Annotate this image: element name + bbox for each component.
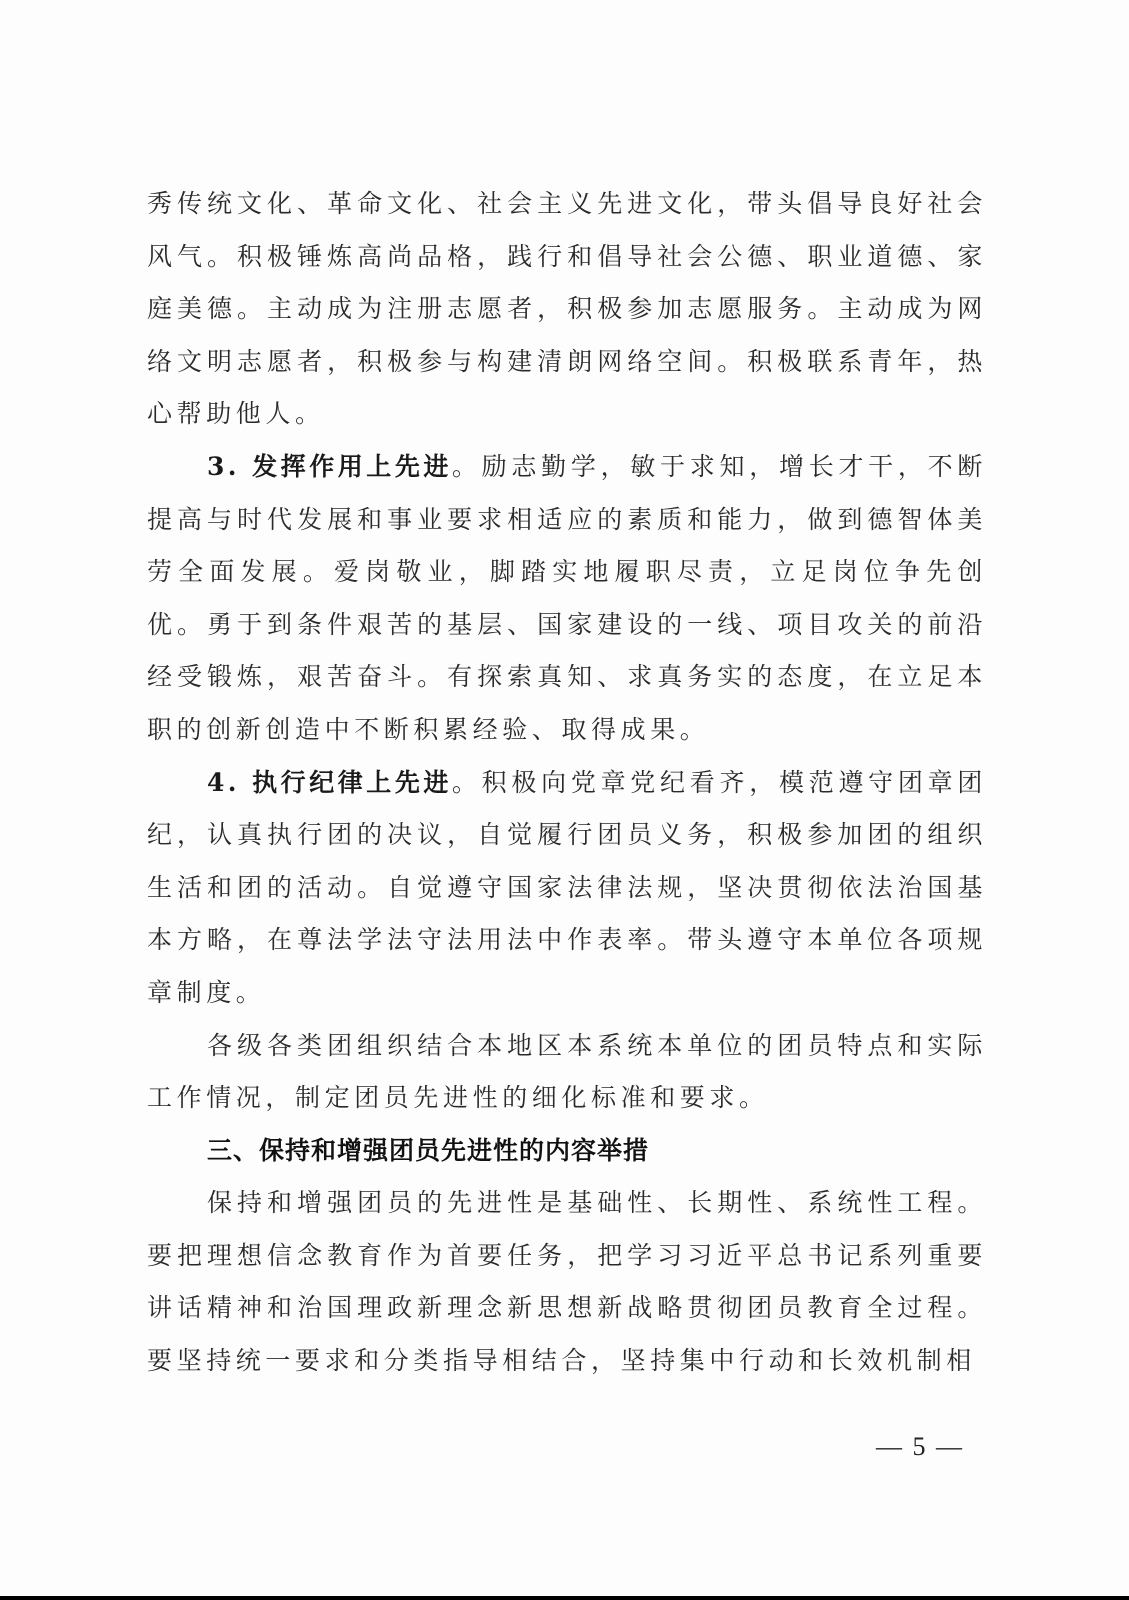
paragraph-continuation: 秀传统文化、革命文化、社会主义先进文化，带头倡导良好社会风气。积极锤炼高尚品格，… <box>147 178 987 441</box>
paragraph-text: 保持和增强团员的先进性是基础性、长期性、系统性工程。要把理想信念教育作为首要任务… <box>147 1188 987 1375</box>
paragraph-text: 。励志勤学，敏于求知，增长才干，不断提高与时代发展和事业要求相适应的素质和能力，… <box>147 452 987 744</box>
page-number: — 5 — <box>876 1432 964 1462</box>
document-page-body: 秀传统文化、革命文化、社会主义先进文化，带头倡导良好社会风气。积极锤炼高尚品格，… <box>147 178 987 1388</box>
paragraph-summary: 各级各类团组织结合本地区本系统本单位的团员特点和实际工作情况，制定团员先进性的细… <box>147 1020 987 1125</box>
paragraph-item-4: 4. 执行纪律上先进。积极向党章党纪看齐，模范遵守团章团纪，认真执行团的决议，自… <box>147 757 987 1020</box>
paragraph-item-3: 3. 发挥作用上先进。励志勤学，敏于求知，增长才干，不断提高与时代发展和事业要求… <box>147 441 987 757</box>
paragraph-text: 。积极向党章党纪看齐，模范遵守团章团纪，认真执行团的决议，自觉履行团员义务，积极… <box>147 768 987 1007</box>
paragraph-text: 各级各类团组织结合本地区本系统本单位的团员特点和实际工作情况，制定团员先进性的细… <box>147 1031 987 1113</box>
paragraph-text: 秀传统文化、革命文化、社会主义先进文化，带头倡导良好社会风气。积极锤炼高尚品格，… <box>147 189 987 428</box>
item-4-lead: 4. 执行纪律上先进 <box>207 768 452 797</box>
page-bottom-edge <box>0 1596 1129 1600</box>
section-paragraph: 保持和增强团员的先进性是基础性、长期性、系统性工程。要把理想信念教育作为首要任务… <box>147 1177 987 1387</box>
item-3-lead: 3. 发挥作用上先进 <box>207 452 452 481</box>
section-heading: 三、保持和增强团员先进性的内容举措 <box>147 1125 987 1178</box>
